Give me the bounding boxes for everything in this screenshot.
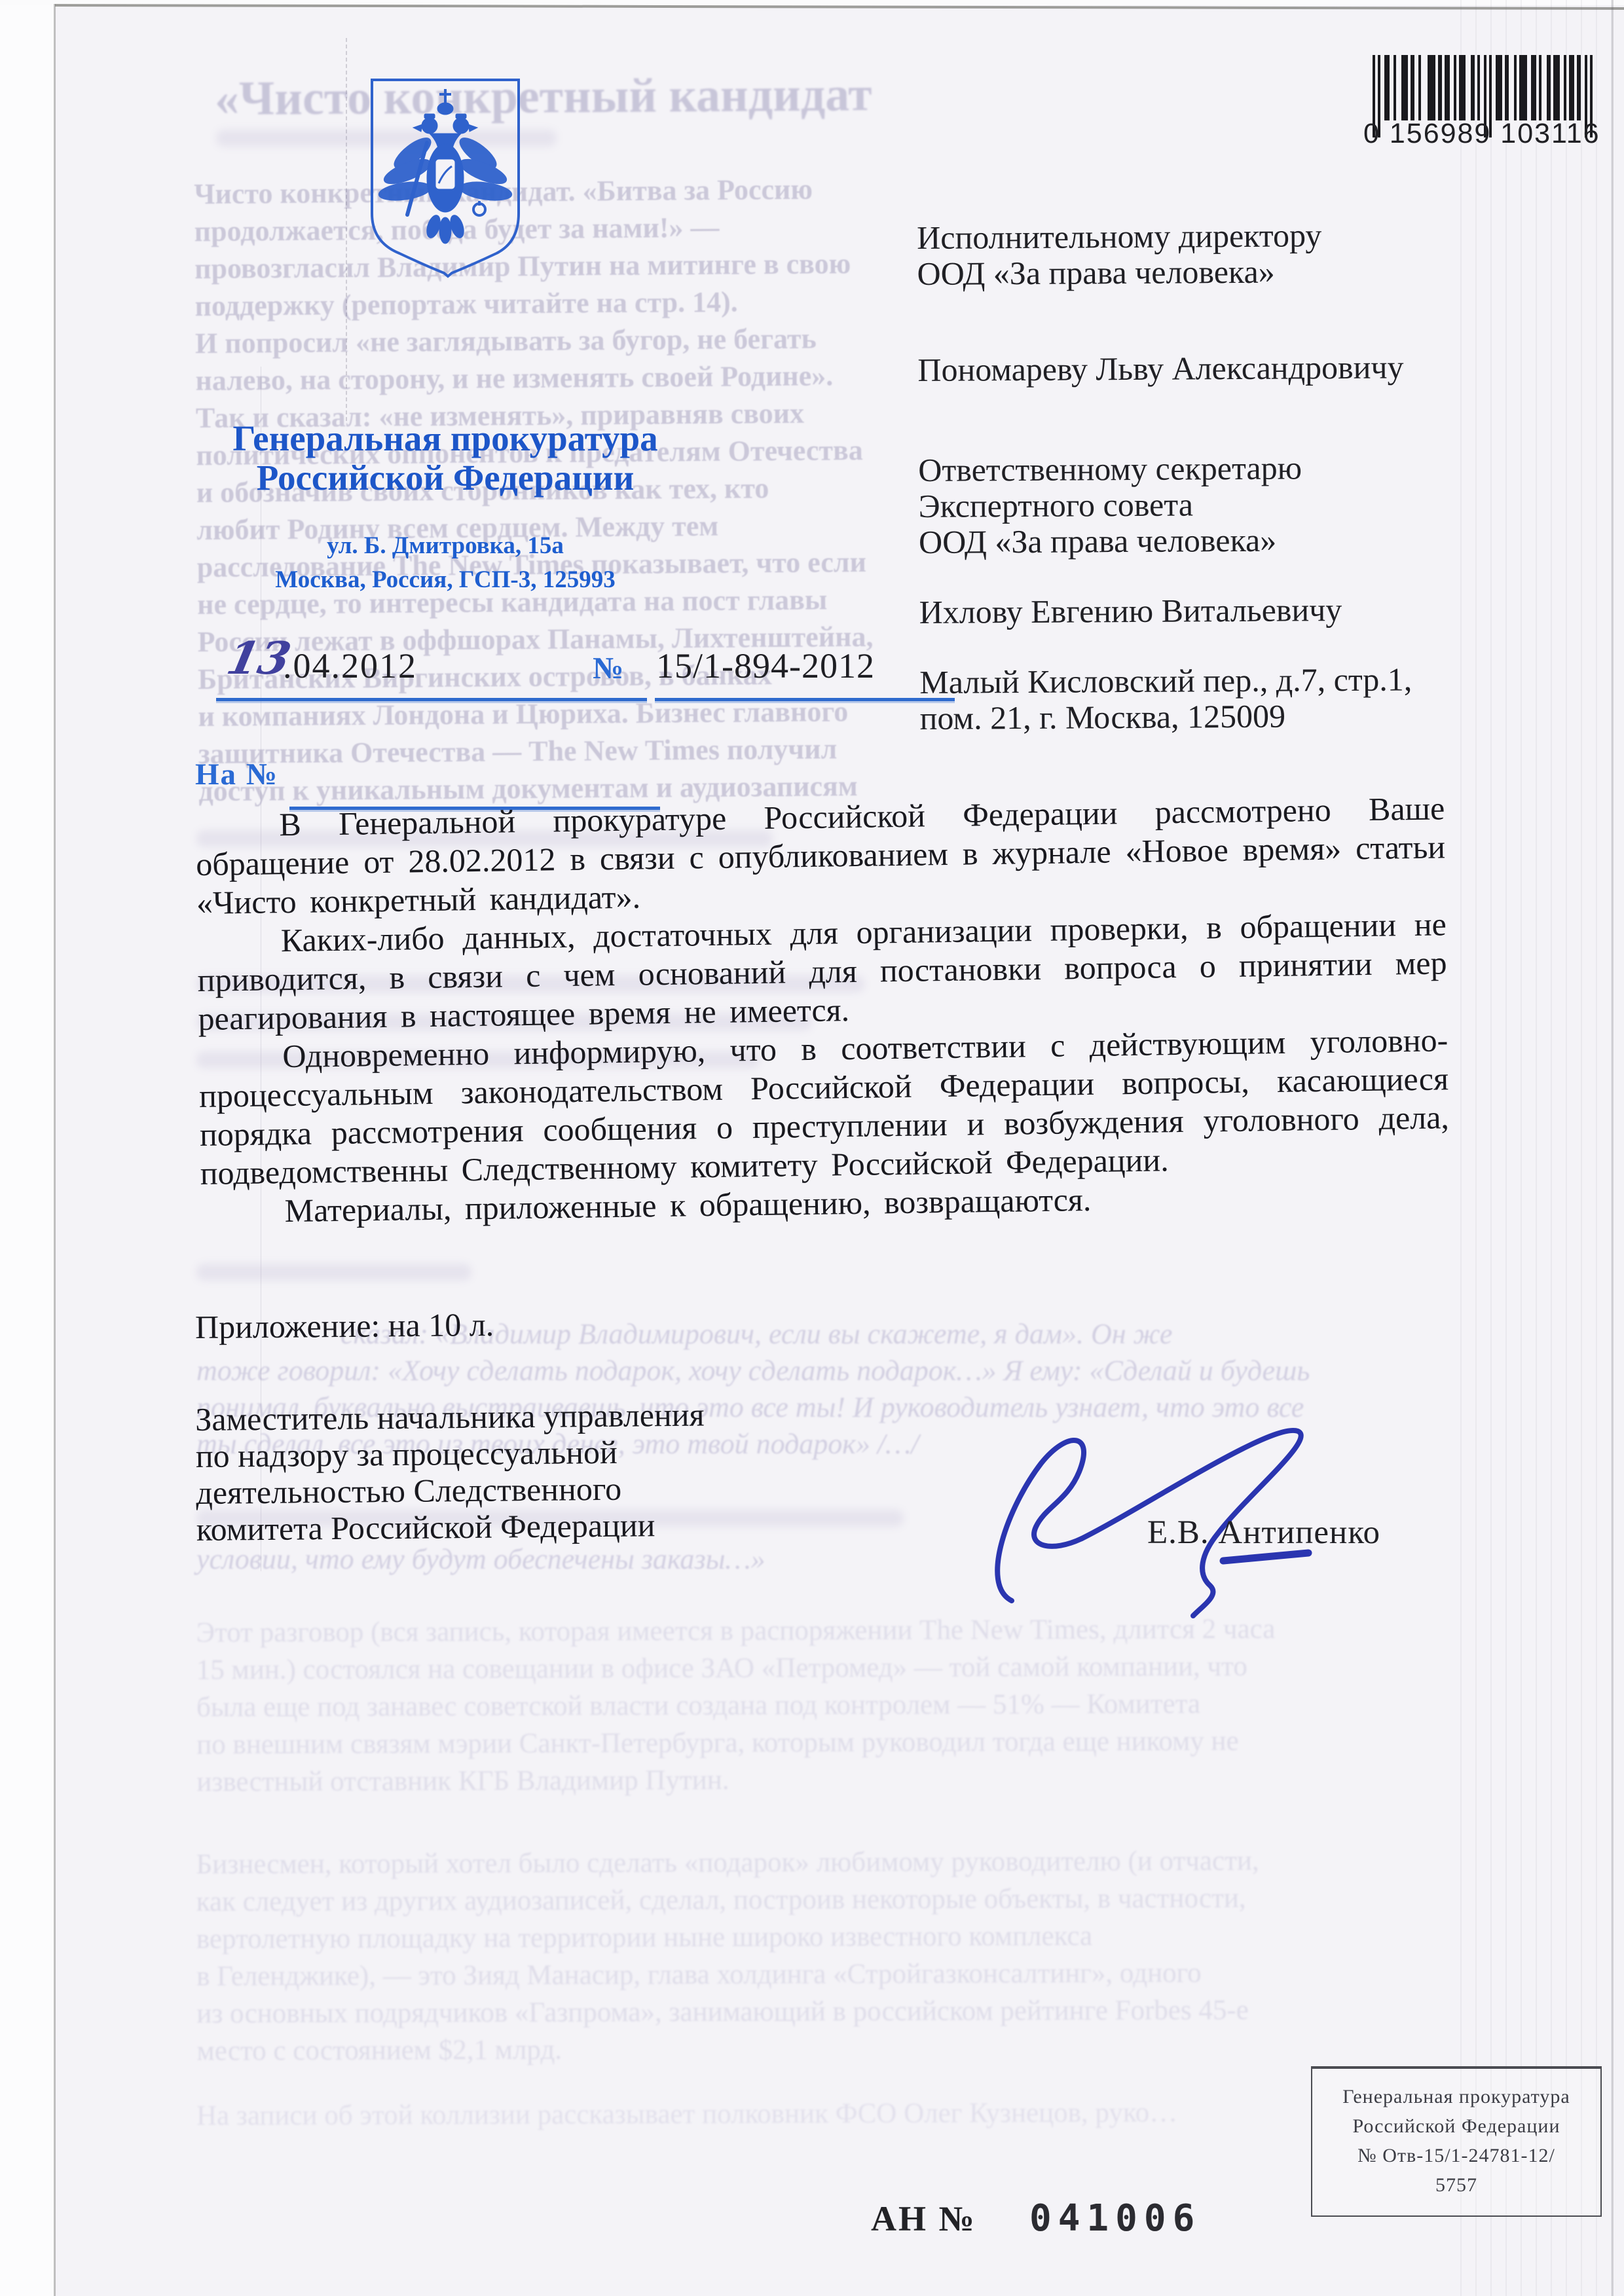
body-paragraph: Каких-либо данных, достаточных для орган… <box>196 905 1447 1038</box>
bleedthrough-line: поддержку (репортаж читайте на стр. 14). <box>194 281 1000 325</box>
registration-stamp: Генеральная прокуратураРоссийской Федера… <box>1311 2066 1602 2217</box>
recipient-name: Пономареву Льву Александровичу <box>917 348 1540 388</box>
barcode-bar <box>1519 55 1527 120</box>
scanner-background <box>0 0 55 2296</box>
spacer <box>917 288 1540 352</box>
spacer <box>918 384 1541 452</box>
bleedthrough-line: 15 мин.) состоялся на совещании в офисе … <box>196 1647 1519 1688</box>
barcode-bar <box>1569 55 1574 120</box>
barcode-bar <box>1564 55 1566 120</box>
barcode-bar <box>1384 55 1390 120</box>
recipient-block: Исполнительному директору ООД «За права … <box>917 216 1542 737</box>
fold-crease <box>346 38 347 421</box>
bleedthrough-quote: тоже говорил: «Хочу сделать подарок, хоч… <box>196 1354 1310 1387</box>
barcode-bar <box>1466 55 1471 56</box>
bleedthrough-line: была еще под занавес советской власти со… <box>196 1684 1519 1726</box>
recipient-title-line: Экспертного совета <box>919 484 1541 524</box>
scanned-letter-page: { "letterhead": { "org_line1": "Генераль… <box>0 0 1624 2296</box>
recipient-title-line: Исполнительному директору <box>917 216 1539 256</box>
barcode-bar <box>1401 55 1408 120</box>
barcode-bar <box>1396 55 1401 56</box>
barcode-bar <box>1577 55 1581 120</box>
letterhead-address-line1: ул. Б. Дмитровка, 15а <box>144 529 747 563</box>
barcode-bar <box>1428 55 1435 120</box>
barcode-bar <box>1531 55 1536 120</box>
bleedthrough-line: И попросил «не заглядывать за бугор, не … <box>195 318 1001 362</box>
bleedthrough-line: из основных подрядчиков «Газпрома», зани… <box>196 1990 1519 2032</box>
recipient-address-line: Малый Кисловский пер., д.7, стр.1, <box>919 661 1541 701</box>
signer-name: Е.В. Антипенко <box>1147 1514 1380 1552</box>
barcode-digits: 0 156989 103116 <box>1363 118 1600 150</box>
barcode-bar <box>1477 55 1480 120</box>
recipient-name: Ихлову Евгению Витальевичу <box>919 591 1541 630</box>
printed-date: .04.2012 <box>283 646 417 686</box>
barcode: 0 156989 103116 <box>1373 55 1615 160</box>
bleedthrough-line: защитника Отечества — The New Times полу… <box>198 729 1004 773</box>
letterhead-address: ул. Б. Дмитровка, 15а Москва, Россия, ГС… <box>144 529 747 597</box>
spacer <box>919 627 1541 665</box>
barcode-bar <box>1514 55 1517 120</box>
barcode-bar <box>1393 55 1396 120</box>
barcode-bar <box>1496 55 1502 120</box>
bleedthrough-line: вертолетную площадку на территории ныне … <box>196 1916 1519 1958</box>
barcode-bar <box>1505 55 1509 120</box>
stamp-line: 5757 <box>1319 2170 1594 2200</box>
bleedthrough-line: в Геленджике), — это Зияд Манасир, глава… <box>196 1953 1519 1995</box>
bleedthrough-line: провозгласил Владимир Путин на митинге в… <box>194 244 1000 287</box>
barcode-bar <box>1421 55 1428 56</box>
barcode-bar <box>1553 55 1560 120</box>
bleedthrough-line: налево, на сторону, и не изменять своей … <box>195 355 1001 399</box>
signer-position-line: комитета Российской Федерации <box>196 1504 877 1548</box>
bleedthrough-line: место с состоянием $2,1 млрд. <box>196 2028 1519 2069</box>
letterhead-org: Генеральная прокуратура Российской Федер… <box>144 419 747 498</box>
barcode-bar <box>1411 55 1414 120</box>
coat-of-arms-icon <box>364 75 526 282</box>
signer-position: Заместитель начальника управленияпо надз… <box>195 1394 877 1548</box>
bleedthrough-line: известный отставник КГБ Владимир Путин. <box>196 1758 1519 1800</box>
reply-to-label: На № <box>195 757 278 792</box>
outgoing-number: 15/1-894-2012 <box>656 646 875 686</box>
number-underline <box>655 698 955 701</box>
barcode-bar <box>1471 55 1475 120</box>
stamp-line: Генеральная прокуратура <box>1319 2082 1594 2111</box>
barcode-bar <box>1459 55 1466 120</box>
bleedthrough-quote: условии, что ему будут обеспечены заказы… <box>196 1542 765 1576</box>
number-sign: № <box>593 651 623 686</box>
barcode-bar <box>1547 55 1551 120</box>
recipient-title-line: ООД «За права человека» <box>917 252 1539 292</box>
letterhead-org-line2: Российской Федерации <box>144 458 747 498</box>
bleedthrough-paragraph: Бизнесмен, который хотел было сделать «п… <box>196 1841 1519 2069</box>
body-paragraph: В Генеральной прокуратуре Российской Фед… <box>195 789 1446 922</box>
recipient-address-line: пом. 21, г. Москва, 125009 <box>919 697 1541 737</box>
bleedthrough-line: Чисто конкретный кандидат. «Битва за Рос… <box>194 169 999 213</box>
recipient-title-line: ООД «За права человека» <box>919 520 1541 560</box>
bleedthrough-line: по внешним связям мэрии Санкт-Петербурга… <box>196 1721 1519 1763</box>
attachment-note: Приложение: на 10 л. <box>195 1305 494 1346</box>
stamp-line: Российской Федерации <box>1319 2111 1594 2141</box>
scan-streak-line <box>1612 0 1614 2296</box>
barcode-bar <box>1539 55 1541 120</box>
signer-position-line: по надзору за процессуальной <box>196 1431 877 1474</box>
signer-position-line: Заместитель начальника управления <box>195 1394 876 1438</box>
body-paragraph: Одновременно информирую, что в соответст… <box>198 1021 1450 1193</box>
bleedthrough-smudge <box>196 1264 471 1281</box>
recipient-title-line: Ответственному секретарю <box>918 448 1540 488</box>
spacer <box>919 556 1541 594</box>
letterhead-address-line2: Москва, Россия, ГСП-3, 125993 <box>144 563 747 597</box>
barcode-bar <box>1509 55 1514 56</box>
page-edge-left <box>54 4 56 2296</box>
date-underline <box>216 698 647 701</box>
bleedthrough-line: продолжается, победа будет за нами!» — <box>194 206 999 250</box>
barcode-bar <box>1438 55 1442 120</box>
barcode-bar <box>1454 55 1456 120</box>
bleedthrough-headline: «Чисто конкретный кандидат <box>215 65 1198 127</box>
form-number: 041006 <box>1029 2197 1201 2240</box>
letter-body: В Генеральной прокуратуре Российской Фед… <box>195 789 1450 1231</box>
form-series-label: АН № <box>871 2198 976 2239</box>
letterhead-org-line1: Генеральная прокуратура <box>144 419 747 458</box>
bleedthrough-line: как следует из других аудиозаписей, сдел… <box>196 1878 1519 1920</box>
barcode-bar <box>1541 55 1547 56</box>
barcode-bar <box>1445 55 1450 120</box>
bleedthrough-line: Бизнесмен, который хотел было сделать «п… <box>196 1841 1519 1883</box>
barcode-bar <box>1418 55 1421 120</box>
signer-position-line: деятельностью Следственного <box>196 1468 877 1511</box>
stamp-line: № Отв-15/1-24781-12/ <box>1319 2141 1594 2170</box>
